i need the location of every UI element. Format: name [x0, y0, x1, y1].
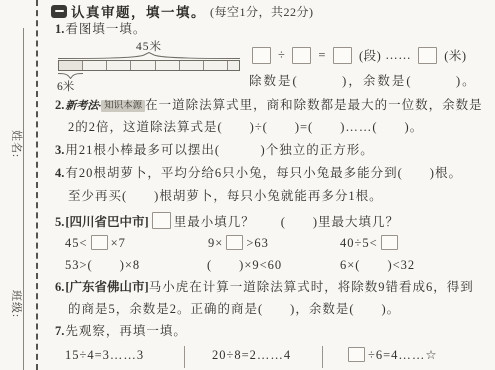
q4-line2: 至少再买( )根胡萝卜，每只小兔就能再多分1根。	[68, 188, 383, 205]
column-divider	[184, 346, 185, 368]
q5-1a-pre: 45<	[65, 236, 88, 250]
q4-text1: 有20根胡萝卜，平均分给6只小兔，每只小兔最多能分到( )根。	[65, 166, 462, 180]
section-header: 认真审题，填一填。 (每空1分，共22分)	[51, 1, 314, 21]
q2-number: 2.	[55, 98, 64, 112]
q5-expr-2c: 6×( )<32	[340, 257, 415, 274]
divide-sign: ÷	[278, 48, 285, 63]
q2-line2: 2的2倍，这道除法算式是( )÷( )=( )……( )。	[68, 119, 423, 136]
q1-line2: 除数是( )，余数是( )。	[249, 73, 477, 90]
q5-1c-pre: 40÷5<	[340, 236, 378, 250]
q5-header: 5.[四川省巴中市]里最小填几？( )里最大填几？	[55, 212, 399, 231]
q7-text: 先观察，再填一填。	[65, 324, 187, 338]
q7-expr-2: 20÷8=2……4	[212, 347, 291, 364]
q7-number: 7.	[55, 324, 64, 338]
column-divider	[322, 346, 323, 368]
q6-line1: 6.[广东省佛山市]马小虎在计算一道除法算式时，将除数9错看成6，得到	[55, 279, 474, 296]
bar-partial-segment	[228, 61, 239, 70]
q4-number: 4.	[55, 166, 64, 180]
q5-expr-1c: 40÷5<	[340, 235, 401, 252]
q5-prompt1: 里最小填几？	[174, 215, 255, 229]
section-title: 认真审题，填一填。	[71, 1, 206, 21]
q5-expr-1a: 45<×7	[65, 235, 126, 252]
bar-first-segment-label: 6米	[57, 79, 74, 96]
q2-text1: 在一道除法算式里，商和除数都是最大的一位数，余数是	[145, 98, 483, 112]
answer-box	[252, 47, 271, 64]
q5-1a-post: ×7	[111, 236, 126, 250]
q5-prompt2: ( )里最大填几？	[281, 215, 399, 229]
bar-segment	[83, 61, 107, 70]
q5-1b-pre: 9×	[208, 236, 223, 250]
q1-text: 看图填一填。	[65, 22, 146, 36]
q1-label: 1.看图填一填。	[55, 21, 146, 38]
q2-source-tag: 知识本源	[101, 100, 145, 112]
bar-segment	[59, 61, 83, 70]
q4-line1: 4.有20根胡萝卜，平均分给6只小兔，每只小兔最多能分到( )根。	[55, 165, 462, 182]
q5-source-tag: [四川省巴中市]	[65, 215, 148, 229]
q7-3-post: ÷6=4……☆	[368, 348, 438, 362]
bar-segment	[180, 61, 204, 70]
q5-1b-post: >63	[246, 236, 269, 250]
answer-box	[418, 47, 437, 64]
student-class-label: 班级:	[9, 287, 25, 321]
q3-number: 3.	[55, 143, 64, 157]
q2-line1: 2.新考法·知识本源在一道除法算式里，商和除数都是最大的一位数，余数是	[55, 97, 483, 115]
answer-box	[381, 235, 398, 250]
unit-seg: (段)	[359, 46, 381, 64]
q2-newmethod-tag: 新考法·	[65, 100, 101, 112]
section-score-note: (每空1分，共22分)	[210, 3, 314, 20]
q3-line: 3.用21根小棒最多可以摆出( )个独立的正方形。	[55, 142, 374, 159]
remainder-dots: ……	[385, 48, 411, 63]
q1-equation: ÷ = (段) …… (米)	[249, 46, 467, 64]
answer-box	[348, 347, 365, 362]
q7-expr-1: 15÷4=3……3	[65, 347, 144, 364]
section-one-icon	[51, 5, 67, 18]
answer-box	[333, 47, 352, 64]
student-name-label: 姓名:	[9, 127, 25, 161]
answer-box	[152, 212, 171, 229]
equals-sign: =	[318, 48, 326, 63]
segmented-bar-diagram	[58, 60, 240, 71]
bar-segment	[156, 61, 180, 70]
q6-source-tag: [广东省佛山市]	[65, 280, 148, 294]
answer-box	[91, 235, 108, 250]
q7-label: 7.先观察，再填一填。	[55, 323, 187, 340]
margin-dashed-line	[36, 0, 38, 370]
answer-box	[292, 47, 311, 64]
q5-number: 5.	[55, 215, 64, 229]
bar-segment	[131, 61, 155, 70]
q5-expr-2a: 53>( )×8	[65, 257, 140, 274]
q3-text: 用21根小棒最多可以摆出( )个独立的正方形。	[65, 143, 373, 157]
top-brace	[58, 52, 240, 59]
q6-text1: 马小虎在计算一道除法算式时，将除数9错看成6，得到	[149, 280, 474, 294]
unit-mi: (米)	[444, 46, 466, 64]
q6-number: 6.	[55, 280, 64, 294]
answer-box	[226, 235, 243, 250]
q5-expr-1b: 9×>63	[208, 235, 269, 252]
q6-line2: 的商是5，余数是2。正确的商是( )，余数是( )。	[68, 301, 400, 318]
bar-segment	[204, 61, 228, 70]
q1-number: 1.	[55, 22, 64, 36]
bar-segment	[107, 61, 131, 70]
q5-expr-2b: ( )×9<60	[207, 257, 282, 274]
worksheet-page: 姓名: 班级: 认真审题，填一填。 (每空1分，共22分) 1.看图填一填。 4…	[0, 0, 495, 370]
q7-expr-3: ÷6=4……☆	[345, 347, 438, 364]
